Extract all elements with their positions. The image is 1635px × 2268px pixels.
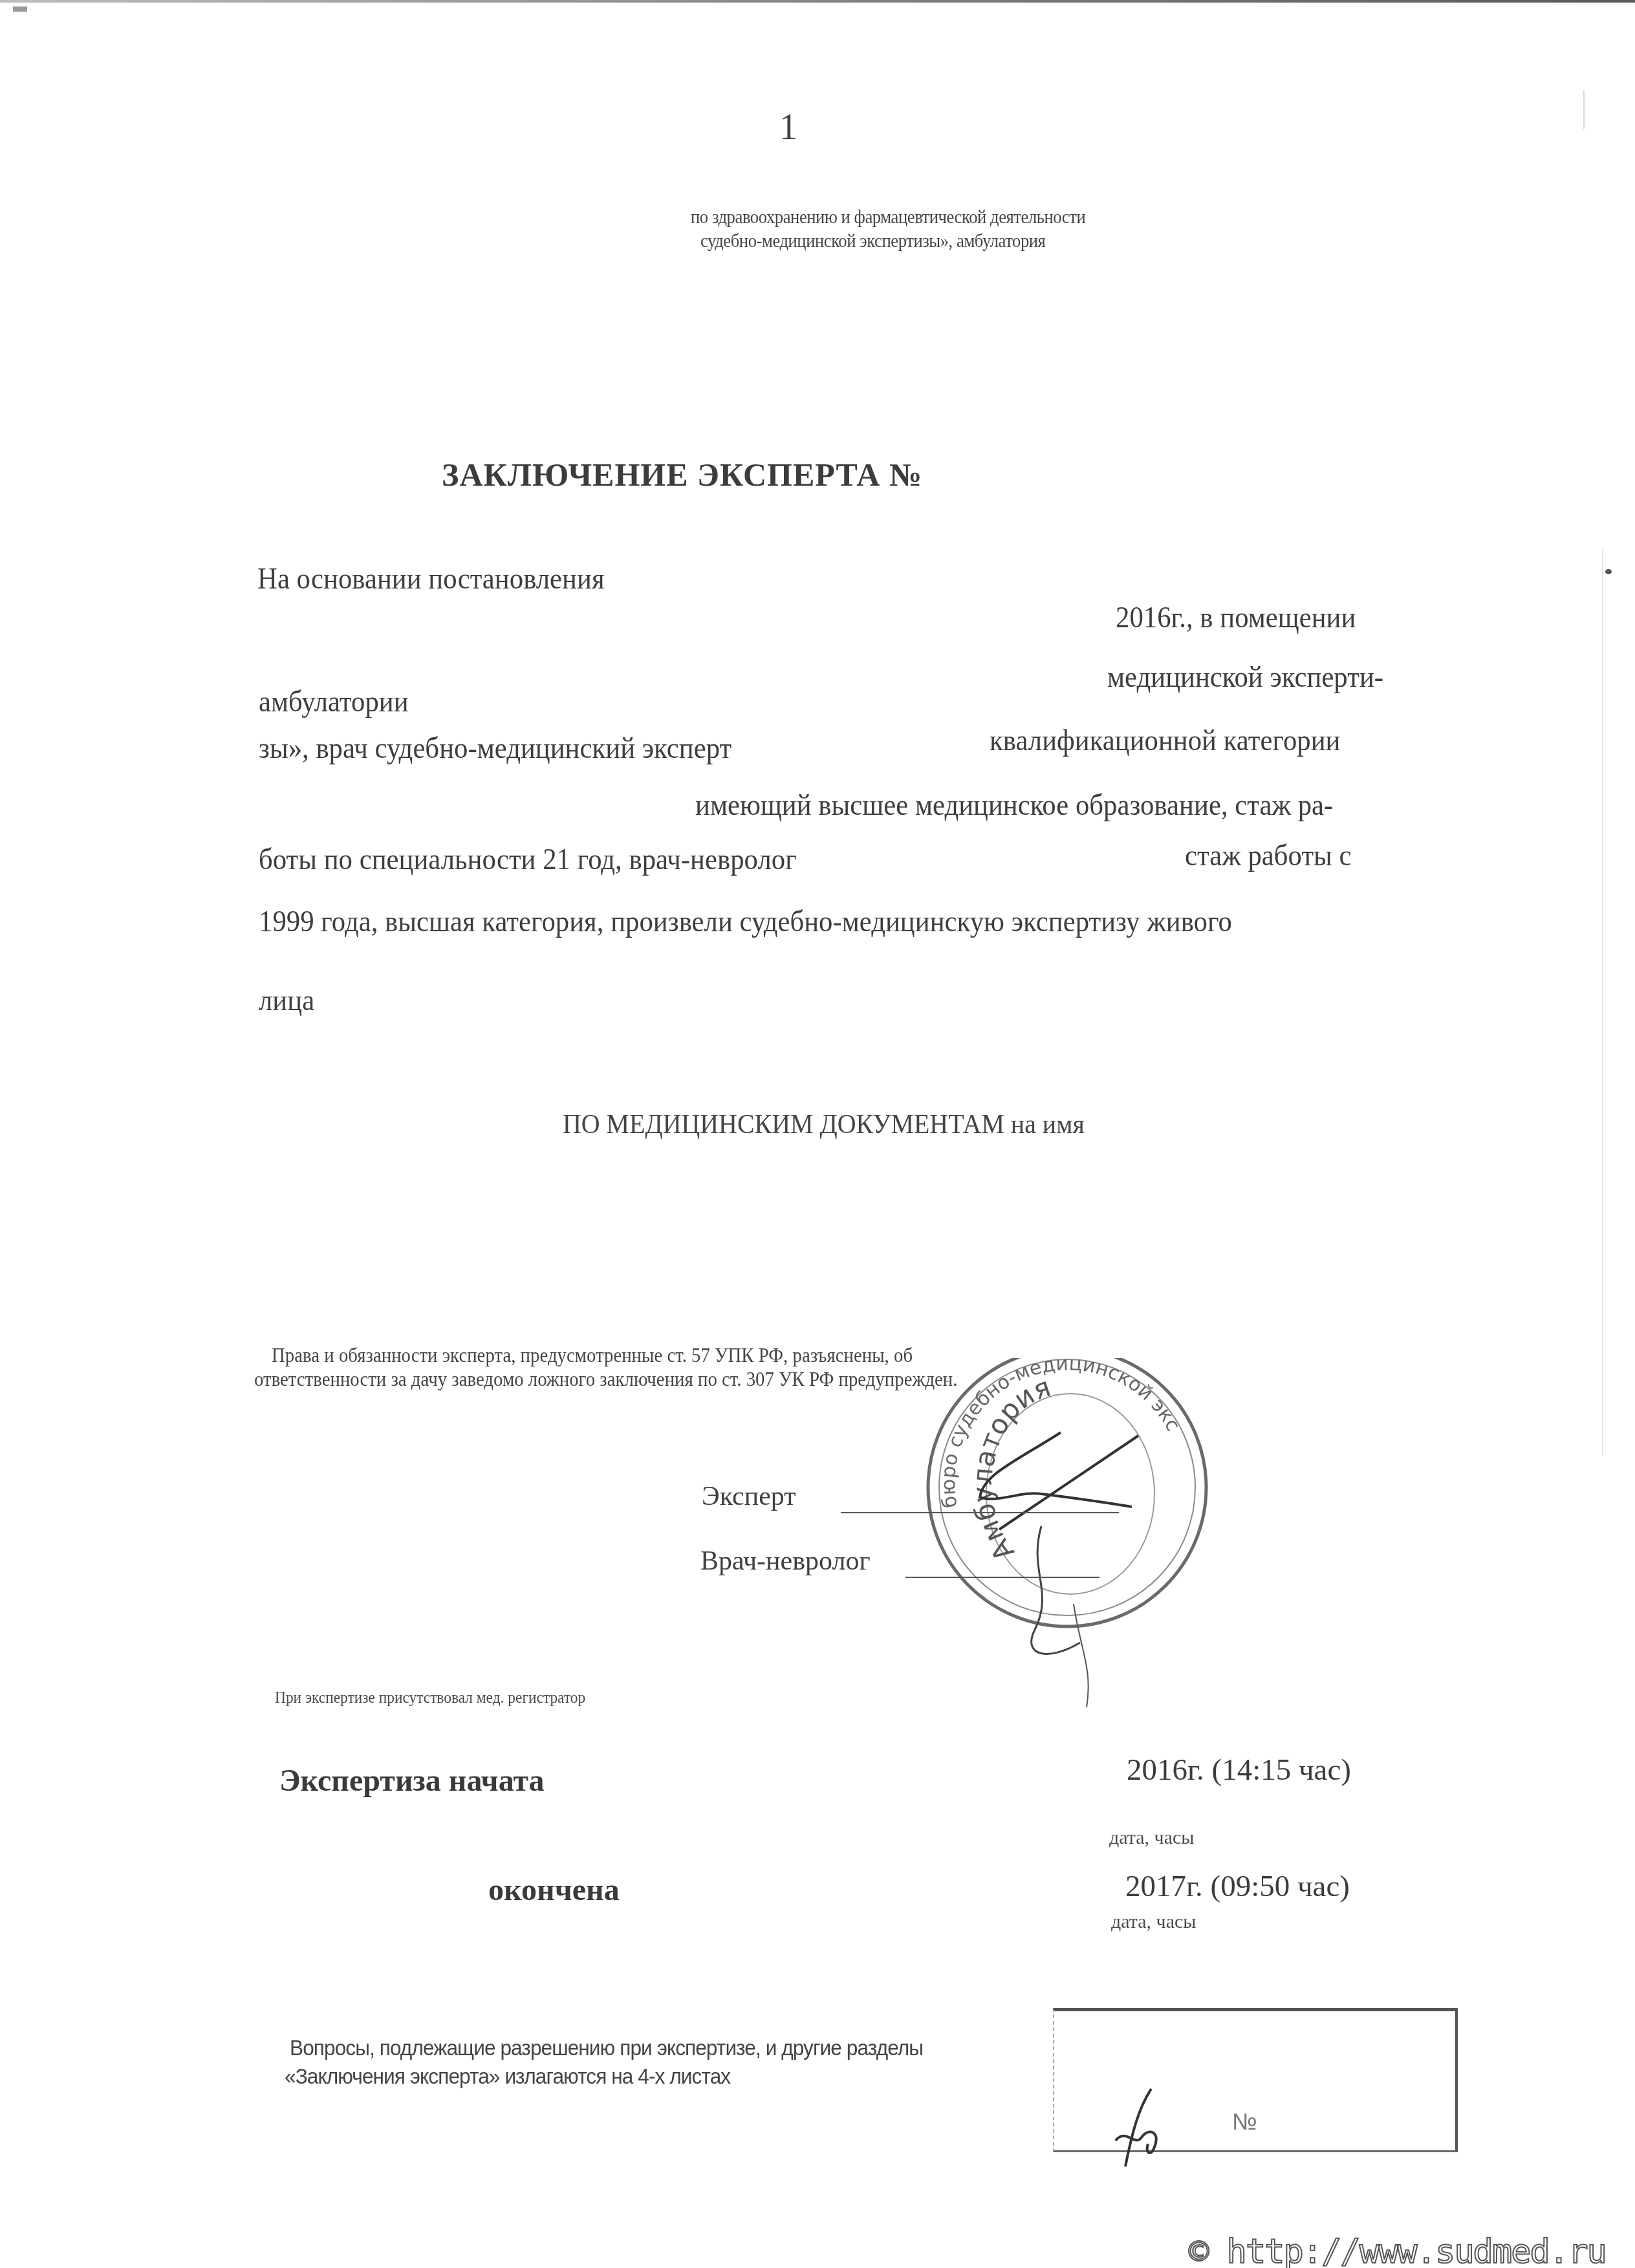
scan-dot bbox=[1605, 569, 1612, 574]
finished-caption: дата, часы bbox=[1111, 1911, 1196, 1933]
registration-number-sign: № bbox=[1232, 2108, 1257, 2135]
body-line: имеющий высшее медицинское образование, … bbox=[695, 788, 1333, 822]
copyright-watermark: © http://www.sudmed.ru bbox=[1189, 2232, 1606, 2268]
page-number: 1 bbox=[779, 107, 797, 148]
round-seal-icon: бюро судебно-медицинской эксперти. Амбул… bbox=[886, 1358, 1222, 1720]
body-line: боты по специальности 21 год, врач-невро… bbox=[259, 842, 797, 876]
expert-signature-line bbox=[841, 1512, 1119, 1513]
body-line: стаж работы с bbox=[1185, 838, 1352, 872]
presence-note: При экспертизе присутствовал мед. регист… bbox=[275, 1688, 585, 1707]
started-datetime: 2016г. (14:15 час) bbox=[1127, 1753, 1351, 1787]
questions-line-2: «Заключения эксперта» излагаются на 4-х … bbox=[285, 2064, 730, 2090]
scan-artifact bbox=[1583, 91, 1585, 129]
medical-documents-line: ПО МЕДИЦИНСКИМ ДОКУМЕНТАМ на имя bbox=[563, 1109, 1085, 1140]
body-line: 2016г., в помещении bbox=[1116, 600, 1356, 634]
body-line: лица bbox=[259, 983, 314, 1017]
started-label: Экспертиза начата bbox=[279, 1763, 545, 1798]
scan-top-edge bbox=[0, 0, 1635, 3]
scan-artifact bbox=[1602, 550, 1603, 1455]
document-title: ЗАКЛЮЧЕНИЕ ЭКСПЕРТА № bbox=[442, 456, 922, 493]
body-line: зы», врач судебно-медицинский эксперт bbox=[259, 731, 731, 765]
neurologist-signature-line bbox=[905, 1577, 1099, 1578]
rights-line-2: ответственности за дачу заведомо ложного… bbox=[254, 1368, 957, 1391]
body-line: 1999 года, высшая категория, произвели с… bbox=[259, 904, 1232, 938]
header-line-2: судебно-медицинской экспертизы», амбулат… bbox=[700, 231, 1045, 252]
rights-line-1: Права и обязанности эксперта, предусмотр… bbox=[272, 1344, 913, 1367]
body-line: амбулатории bbox=[259, 684, 409, 718]
finished-datetime: 2017г. (09:50 час) bbox=[1125, 1869, 1350, 1904]
header-line-1: по здравоохранению и фармацевтической де… bbox=[691, 207, 1085, 228]
questions-line-1: Вопросы, подлежащие разрешению при экспе… bbox=[290, 2036, 923, 2061]
expert-signature-label: Эксперт bbox=[702, 1481, 796, 1512]
body-line: квалификационной категории bbox=[990, 723, 1340, 757]
initials-signature-icon bbox=[1106, 2082, 1184, 2173]
body-line: медицинской эксперти- bbox=[1107, 660, 1383, 694]
finished-label: окончена bbox=[488, 1872, 620, 1908]
body-line: На основании постановления bbox=[257, 561, 605, 596]
neurologist-signature-label: Врач-невролог bbox=[700, 1546, 871, 1577]
started-caption: дата, часы bbox=[1109, 1827, 1194, 1849]
scan-corner-mark bbox=[13, 6, 27, 12]
